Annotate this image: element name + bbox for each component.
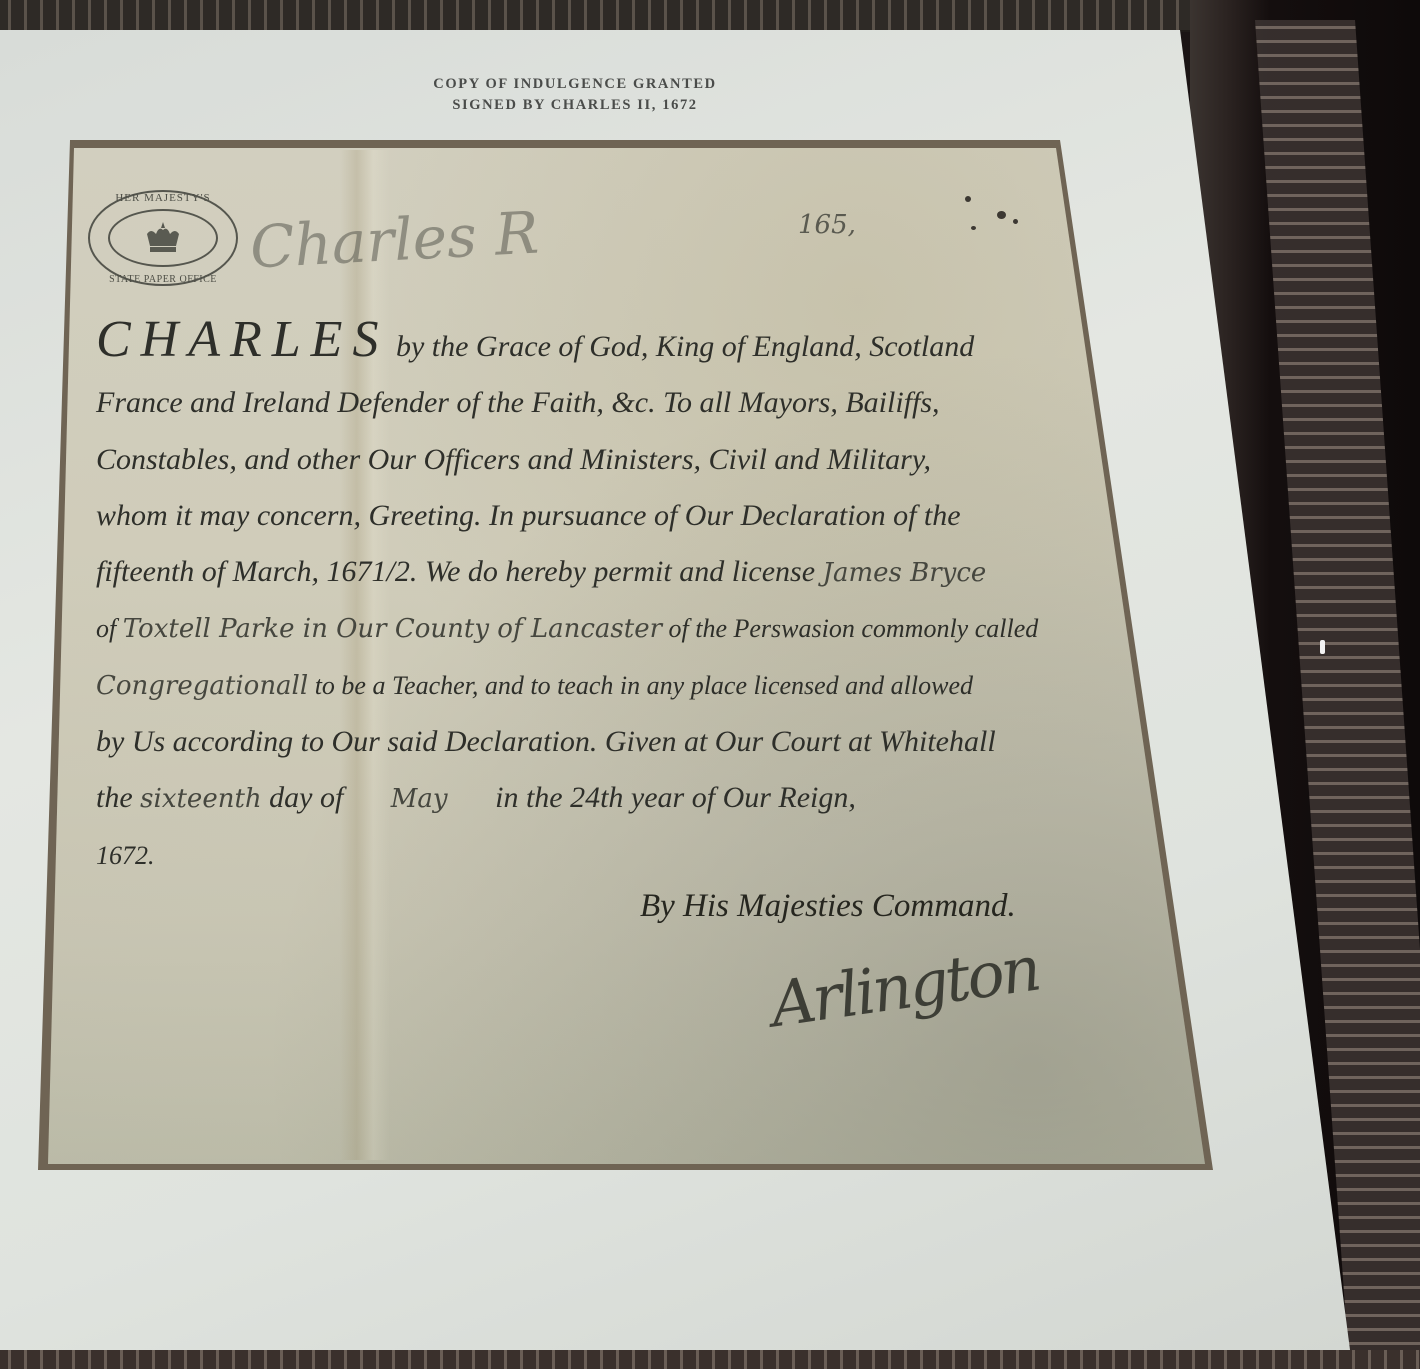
drop-cap-charles: CHARLES bbox=[96, 311, 388, 368]
state-paper-office-seal: HER MAJESTY'S STATE PAPER OFFICE bbox=[88, 190, 238, 286]
glass-glare bbox=[1320, 640, 1325, 654]
caption-label: COPY OF INDULGENCE GRANTED SIGNED BY CHA… bbox=[360, 74, 790, 116]
ink-spot bbox=[997, 211, 1006, 219]
body-line-8: by Us according to Our said Declaration.… bbox=[96, 714, 1106, 770]
body-line-5: fifteenth of March, 1671/2. We do hereby… bbox=[96, 544, 1106, 601]
crown-icon bbox=[142, 220, 184, 256]
licensee-place: Toxtell Parke in Our County of Lancaster bbox=[123, 614, 662, 644]
body-line-9: the sixteenth day of May in the 24th yea… bbox=[96, 770, 1106, 827]
day-handwritten: sixteenth bbox=[140, 784, 261, 814]
caption-line-2: SIGNED BY CHARLES II, 1672 bbox=[360, 95, 790, 116]
body-line-4: whom it may concern, Greeting. In pursua… bbox=[96, 488, 1106, 544]
body-line-7: Congregationall to be a Teacher, and to … bbox=[96, 658, 1106, 714]
caption-line-1: COPY OF INDULGENCE GRANTED bbox=[360, 74, 790, 95]
body-line-1: CHARLES by the Grace of God, King of Eng… bbox=[96, 312, 1106, 375]
body-line-10-year: 1672. bbox=[96, 828, 1106, 884]
ink-spot bbox=[1013, 219, 1018, 224]
licensee-name: James Bryce bbox=[823, 558, 987, 588]
body-line-3: Constables, and other Our Officers and M… bbox=[96, 432, 1106, 488]
reference-number: 165, bbox=[798, 210, 856, 240]
command-line: By His Majesties Command. bbox=[640, 888, 1016, 925]
seal-top-text: HER MAJESTY'S bbox=[90, 192, 236, 204]
persuasion-name: Congregationall bbox=[96, 671, 308, 701]
body-line-6: of Toxtell Parke in Our County of Lancas… bbox=[96, 601, 1106, 657]
ink-spot bbox=[971, 226, 976, 230]
body-line-2: France and Ireland Defender of the Faith… bbox=[96, 375, 1106, 431]
month-handwritten: May bbox=[391, 784, 448, 814]
ink-spot bbox=[965, 196, 971, 202]
seal-bottom-text: STATE PAPER OFFICE bbox=[90, 274, 236, 285]
frame-top-border bbox=[0, 0, 1230, 32]
document-body: CHARLES by the Grace of God, King of Eng… bbox=[96, 312, 1106, 884]
frame-bottom-border bbox=[0, 1350, 1420, 1369]
